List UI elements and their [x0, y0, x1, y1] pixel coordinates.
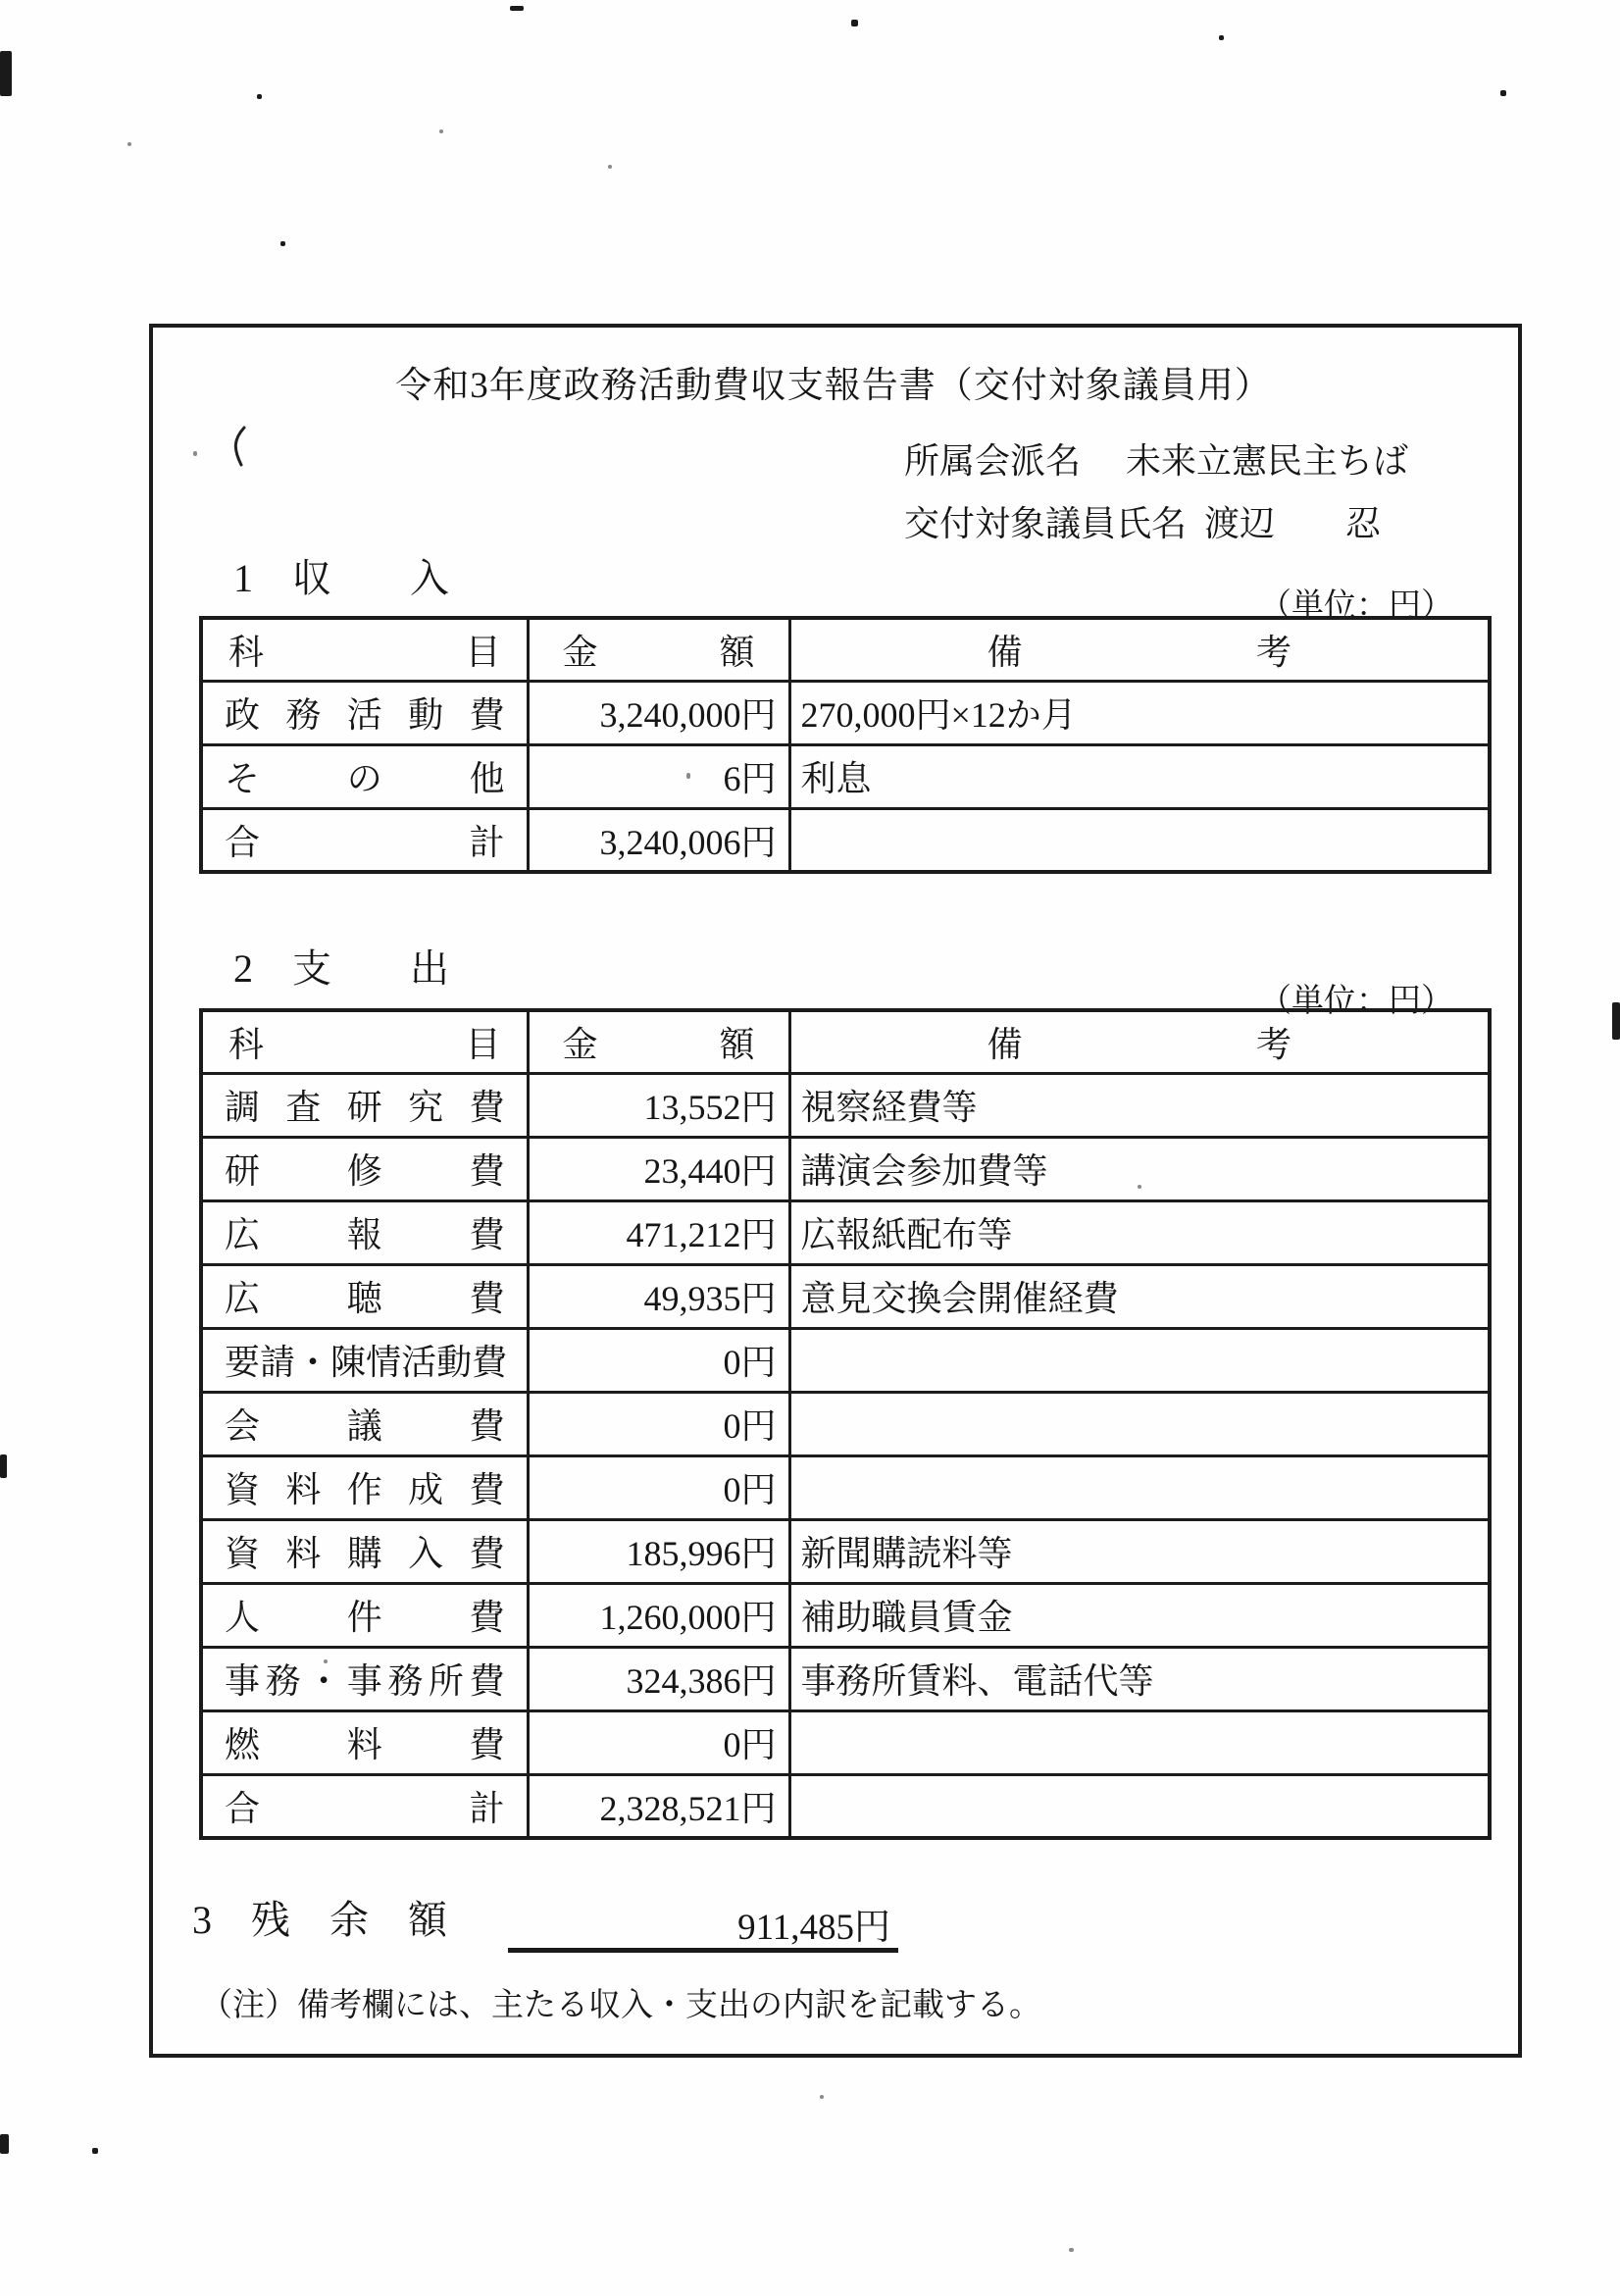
item-label: 合計 [225, 1781, 505, 1831]
remarks-value: 利息 [791, 751, 1489, 801]
amount-value: 0円 [530, 1462, 788, 1512]
report-title: 令和3年度政務活動費収支報告書（交付対象議員用） [157, 355, 1510, 408]
amount-value: 13,552円 [530, 1080, 788, 1130]
scan-speck [92, 2148, 98, 2154]
scan-speck [127, 142, 131, 146]
expenditure-table: 科目 金額 備考 調査研究費13,552円視察経費等研修費23,440円講演会参… [199, 1008, 1492, 1840]
pen-mark [228, 426, 252, 469]
scan-speck [1138, 1185, 1141, 1189]
item-label: 要請・陳情活動費 [225, 1335, 505, 1385]
table-row: 調査研究費13,552円視察経費等 [201, 1073, 1490, 1137]
amount-value: 49,935円 [530, 1271, 788, 1321]
remarks-value: 事務所賃料、電話代等 [791, 1654, 1489, 1704]
scan-speck [280, 241, 285, 246]
expenditure-col-amount: 金額 [528, 1010, 789, 1073]
footnote: （注）備考欄には、主たる収入・支出の内訳を記載する。 [200, 1979, 1041, 2025]
income-col-amount: 金額 [528, 618, 789, 681]
item-label: 広報費 [225, 1207, 505, 1257]
item-label: 合計 [225, 815, 505, 865]
income-col-amount-label: 金額 [563, 625, 755, 675]
balance-underline [508, 1948, 898, 1953]
scan-speck [324, 1659, 328, 1663]
item-label: 事務・事務所費 [225, 1654, 505, 1704]
item-label: その他 [225, 751, 505, 801]
item-label: 資料購入費 [225, 1526, 505, 1576]
income-col-remarks: 備考 [789, 618, 1490, 681]
remarks-value: 補助職員賃金 [791, 1590, 1489, 1640]
member-label: 交付対象議員氏名 [904, 504, 1187, 543]
expenditure-table-body: 調査研究費13,552円視察経費等研修費23,440円講演会参加費等広報費471… [201, 1073, 1490, 1838]
scan-speck [820, 2095, 824, 2099]
remarks-value: 視察経費等 [791, 1080, 1489, 1130]
item-label: 研修費 [225, 1144, 505, 1194]
expenditure-section-heading: 2 支 出 [233, 938, 449, 994]
scan-speck [257, 94, 262, 99]
scan-speck [510, 6, 524, 11]
balance-heading: 3 残 余 額 [192, 1889, 447, 1945]
item-label: 資料作成費 [225, 1462, 505, 1512]
income-col-item: 科目 [201, 618, 528, 681]
table-row: 広聴費49,935円意見交換会開催経費 [201, 1264, 1490, 1328]
income-header-row: 科目 金額 備考 [201, 618, 1490, 681]
scan-speck [686, 773, 690, 779]
item-label: 調査研究費 [225, 1080, 505, 1130]
expenditure-col-amount-label: 金額 [563, 1017, 755, 1067]
balance-amount: 911,485円 [510, 1897, 896, 1950]
amount-value: 324,386円 [530, 1654, 788, 1704]
scan-speck [608, 165, 612, 169]
faction-label: 所属会派名 [904, 441, 1081, 481]
remarks-value: 意見交換会開催経費 [791, 1271, 1489, 1321]
income-section-heading: 1 収 入 [233, 547, 449, 603]
expenditure-col-remarks-label: 備考 [987, 1017, 1292, 1067]
amount-value: 185,996円 [530, 1526, 788, 1576]
scan-speck [1069, 2248, 1074, 2252]
item-label: 会議費 [225, 1399, 505, 1449]
amount-value: 6円 [530, 751, 788, 801]
scanned-report-page: 令和3年度政務活動費収支報告書（交付対象議員用） 所属会派名未来立憲民主ちば 交… [0, 0, 1620, 2296]
expenditure-col-item: 科目 [201, 1010, 528, 1073]
expenditure-col-remarks: 備考 [789, 1010, 1490, 1073]
scan-speck [1219, 35, 1224, 40]
amount-value: 1,260,000円 [530, 1590, 788, 1640]
amount-value: 23,440円 [530, 1144, 788, 1194]
table-row: 合計3,240,006円 [201, 808, 1490, 872]
remarks-value: 広報紙配布等 [791, 1207, 1489, 1257]
scan-speck [0, 1454, 7, 1478]
scan-speck [0, 2134, 9, 2154]
item-label: 燃料費 [225, 1717, 505, 1767]
item-label: 政務活動費 [225, 688, 505, 738]
expenditure-col-item-label: 科目 [228, 1017, 501, 1067]
faction-line: 所属会派名未来立憲民主ちば [904, 434, 1408, 484]
item-label: 人件費 [225, 1590, 505, 1640]
scan-speck [1500, 90, 1506, 96]
table-row: 政務活動費3,240,000円270,000円×12か月 [201, 681, 1490, 744]
income-col-remarks-label: 備考 [987, 625, 1292, 675]
table-row: その他6円利息 [201, 744, 1490, 808]
scan-speck [439, 129, 443, 133]
item-label: 広聴費 [225, 1271, 505, 1321]
amount-value: 0円 [530, 1335, 788, 1385]
faction-value: 未来立憲民主ちば [1126, 441, 1408, 481]
scan-speck [851, 20, 858, 26]
table-row: 要請・陳情活動費0円 [201, 1328, 1490, 1392]
amount-value: 0円 [530, 1717, 788, 1767]
scan-speck [0, 51, 12, 96]
table-row: 事務・事務所費324,386円事務所賃料、電話代等 [201, 1647, 1490, 1710]
table-row: 資料作成費0円 [201, 1455, 1490, 1519]
expenditure-header-row: 科目 金額 備考 [201, 1010, 1490, 1073]
table-row: 研修費23,440円講演会参加費等 [201, 1137, 1490, 1200]
amount-value: 471,212円 [530, 1207, 788, 1257]
amount-value: 2,328,521円 [530, 1781, 788, 1831]
amount-value: 3,240,006円 [530, 815, 788, 865]
remarks-value: 270,000円×12か月 [791, 688, 1489, 738]
remarks-value: 新聞購読料等 [791, 1526, 1489, 1576]
table-row: 広報費471,212円広報紙配布等 [201, 1200, 1490, 1264]
member-line: 交付対象議員氏名渡辺 忍 [904, 496, 1381, 546]
table-row: 人件費1,260,000円補助職員賃金 [201, 1583, 1490, 1647]
amount-value: 0円 [530, 1399, 788, 1449]
amount-value: 3,240,000円 [530, 688, 788, 738]
income-col-item-label: 科目 [228, 625, 501, 675]
income-table: 科目 金額 備考 政務活動費3,240,000円270,000円×12か月その他… [199, 616, 1492, 874]
table-row: 会議費0円 [201, 1392, 1490, 1455]
income-table-body: 政務活動費3,240,000円270,000円×12か月その他6円利息合計3,2… [201, 681, 1490, 872]
scan-speck [193, 451, 197, 456]
table-row: 資料購入費185,996円新聞購読料等 [201, 1519, 1490, 1583]
member-value: 渡辺 忍 [1204, 504, 1381, 543]
scan-speck [1612, 1002, 1620, 1040]
table-row: 燃料費0円 [201, 1710, 1490, 1774]
table-row: 合計2,328,521円 [201, 1774, 1490, 1838]
